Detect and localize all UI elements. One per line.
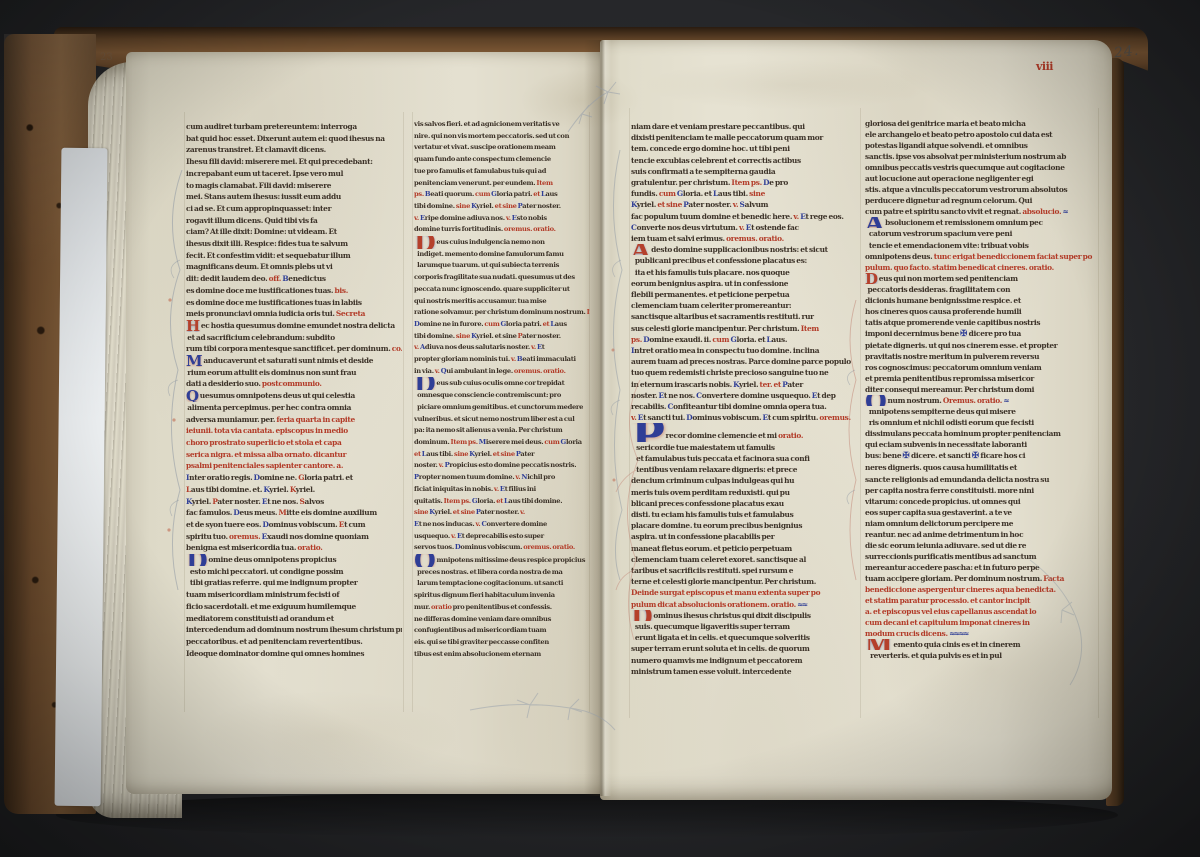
body-text: hos cineres quos causa proferende humili — [865, 307, 1021, 316]
rubric-text: ieiunii. tota via cantata. episcopus in … — [186, 426, 348, 435]
body-text: es domine doce me iustificationes tuas i… — [186, 298, 362, 307]
rubric-text: oremus. oratio. — [523, 543, 575, 551]
manuscript-text-line: qui nostris meritis accusamur. tua mise — [414, 296, 590, 308]
manuscript-text-line: tuam accipere gloriam. Per dominum nostr… — [865, 573, 1097, 584]
body-text: penitenciam venerunt. per eundem. — [414, 179, 536, 187]
ruling-line — [860, 108, 861, 718]
rubric-text: sine — [456, 202, 471, 210]
body-text: Ihesu fili david: miserere mei. Et qui p… — [186, 157, 373, 166]
body-text: nire. qui non vis mortem peccatoris. sed… — [414, 132, 569, 140]
body-text: e pro — [769, 178, 788, 187]
manuscript-text-line: Memento quia cinis es et in cinerem — [865, 639, 1097, 650]
rubric-text: pulum dicat absolucionis orationem. orat… — [631, 600, 797, 609]
manuscript-text-line: potestas ligandi atque solvendi. et omni… — [865, 140, 1097, 151]
manuscript-text-line: ci ad se. Et cum appropinquasset: inter — [186, 203, 402, 215]
body-text: servos tuos. — [414, 543, 455, 551]
manuscript-text-line: mei. Stans autem ihesus: iussit eum addu — [186, 191, 402, 203]
manuscript-text-line: numero quamvis me indignum et peccatorem — [631, 655, 859, 666]
body-text: perducere dignetur ad regnum celorum. Qu… — [865, 196, 1032, 205]
manuscript-text-line: blicani preces confessione placatus exau — [631, 498, 859, 509]
manuscript-text-line: et famulabus tuis peccata et facinora su… — [631, 453, 859, 464]
body-text: ripe domine adiuva nos. — [425, 214, 506, 222]
manuscript-text-line: v. Adiuva nos deus salutaris noster. v. … — [414, 342, 590, 354]
body-text: t cum — [344, 520, 365, 529]
manuscript-text-line: Deus qui non mortem sed penitenciam — [865, 273, 1097, 284]
manuscript-text-line: surreccionis purificatis mentibus ad san… — [865, 551, 1097, 562]
rubric-text: Item — [536, 179, 552, 187]
rubric-text: oremus. oratio. — [514, 367, 566, 375]
body-text: vis salvos fieri. et ad agnicionem verit… — [414, 120, 559, 128]
manuscript-text-line: vertatur et vivat. suscipe orationem mea… — [414, 142, 590, 154]
rubric-text: a. et episcopus vel eius capellanus asce… — [865, 607, 1036, 616]
body-text: ficiat iniquitas in nobis. — [414, 485, 494, 493]
body-text: vulneribus. et sicut nemo nostrum liber … — [414, 415, 574, 423]
manuscript-text-line: fundis. cum Gloria. et Laus tibi. sine — [631, 188, 859, 199]
manuscript-text-line: qui eciam subvenis in necessitate labora… — [865, 439, 1097, 450]
rubric-text: sine — [454, 450, 469, 458]
manuscript-text-line: sanctisque altaribus et sacramentis rest… — [631, 311, 859, 322]
manuscript-text-line: quam fundo ante conspectum clemencie — [414, 154, 590, 166]
manuscript-text-line: sancte religionis ad emundanda delicta n… — [865, 474, 1097, 485]
manuscript-text-line: esto michi peccatori. ut condigne possim — [186, 566, 402, 578]
manuscript-text-line: Absolucionem et remissionem omnium pec — [865, 217, 1097, 228]
manuscript-text-line: peccatoris desideras. fragilitatem con — [865, 284, 1097, 295]
body-text: et famulabus tuis peccata et facinora su… — [631, 454, 810, 463]
body-text: loria. et — [736, 335, 766, 344]
illuminated-initial: P — [631, 423, 665, 441]
body-text: ater noster. — [688, 200, 732, 209]
body-text: xaudi nos domine quoniam — [267, 532, 369, 541]
manuscript-text-line: sericordie tue maiestatem ut famulis — [631, 442, 859, 453]
body-text: ater noster. — [522, 202, 561, 210]
manuscript-text-line: spiritu tuo. oremus. Exaudi nos domine q… — [186, 531, 402, 543]
rubric-text: oremus. oratio. — [504, 225, 556, 233]
body-text: pa: ita nemo sit alienus a venia. Per ch… — [414, 426, 562, 434]
body-text: maneat fletus eorum. et peticio perpetua… — [631, 544, 792, 553]
body-text: ntret oratio mea in conspectu tuo domine… — [634, 346, 819, 355]
body-text: indiget. memento domine famulorum famu — [414, 250, 564, 258]
body-text: noster. — [631, 391, 659, 400]
manuscript-text-line: modum crucis dicens. ≈≈≈≈ — [865, 628, 1097, 639]
body-text: ministrum tamen esse voluit. intercedent… — [631, 667, 791, 676]
body-text: magnificans deum. Et omnis plebs ut vi — [186, 262, 332, 271]
body-text: larumque tuarum. ut qui subiecta terreni… — [414, 261, 559, 269]
body-text: sanctisque altaribus et sacramentis rest… — [631, 312, 814, 321]
manuscript-text-line: ne differas domine veniam dare omnibus — [414, 614, 590, 626]
manuscript-text-line: ps. Beati quorum. cum Gloria patri. et L… — [414, 189, 590, 201]
manuscript-text-line: penitenciam venerunt. per eundem. Item — [414, 178, 590, 190]
manuscript-text-line: et statim paratur processio. et cantor i… — [865, 595, 1097, 606]
manuscript-text-line: cum audiret turbam pretereuntem: interro… — [186, 121, 402, 133]
rubric-text: co. — [392, 344, 402, 353]
body-text: zarenus transiret. Et clamavit dicens. — [186, 145, 326, 154]
body-text: spiritu tuo. — [186, 532, 229, 541]
manuscript-text-line: niam dare et veniam prestare peccantibus… — [631, 121, 859, 132]
illuminated-initial: O — [414, 554, 435, 567]
manuscript-text-line: quitatis. Item ps. Gloria. et Laus tibi … — [414, 496, 590, 508]
rubric-text: et — [414, 450, 422, 458]
rubric-text: sine — [456, 332, 471, 340]
rubric-text: et sine — [657, 200, 683, 209]
body-text: ichil pro — [527, 473, 555, 481]
body-text: t rege eos. — [806, 212, 844, 221]
manuscript-text-line: rogavit illum dicens. Quid tibi vis fa — [186, 215, 402, 227]
illuminated-initial: D — [186, 554, 207, 566]
manuscript-text-line: tatis atque promerende venie capitibus n… — [865, 317, 1097, 328]
body-text: aus — [545, 190, 557, 198]
rubric-text: cum — [712, 335, 730, 344]
body-text: in eternum irascaris nobis. — [631, 380, 733, 389]
manuscript-text-line: meris tuis ovem perditam reduxisti. qui … — [631, 487, 859, 498]
manuscript-text-line: Inter oratio regis. Domine ne. Gloria pa… — [186, 472, 402, 484]
body-text: eati immaculati — [522, 355, 576, 363]
manuscript-text-line: Ideoque dominator domine qui omnes homin… — [186, 648, 402, 660]
manuscript-text-line: bat quid hoc esset. Dixerunt autem ei: q… — [186, 133, 402, 145]
manuscript-text-line: domine turris fortitudinis. oremus. orat… — [414, 224, 590, 236]
body-text: loria patri. — [497, 190, 534, 198]
body-text: yriel. — [474, 450, 492, 458]
body-text: aus tibi domine. et. — [191, 485, 264, 494]
rubric-text: Secreta — [336, 309, 365, 318]
body-text: ater noster. — [522, 332, 561, 340]
manuscript-text-line: pulum. quo facto. statim benedicat ciner… — [865, 262, 1097, 273]
illuminated-initial: O — [865, 395, 886, 406]
rubric-text: et — [496, 497, 504, 505]
line-filler: ≈≈ — [797, 600, 806, 609]
body-text: spiritus dignum fieri habitaculum inveni… — [414, 591, 555, 599]
manuscript-text-line: dixisti penitenciam te malle peccatorum … — [631, 132, 859, 143]
manuscript-text-line: ratione solvamur. per christum dominum n… — [414, 307, 590, 319]
rubric-text: et sine — [495, 202, 518, 210]
manuscript-text-line: Kyriel. Pater noster. Et ne nos. Salvos — [186, 496, 402, 508]
benediction-cross: ✠ — [903, 451, 911, 461]
body-text: gratulentur. per christum. — [631, 178, 731, 187]
body-text: eus cuius indulgencia nemo non — [436, 238, 544, 246]
manuscript-text-line: clemenciam tuam celeret exoret. sanctisq… — [631, 554, 859, 565]
manuscript-text-line: peccata nunc ignoscendo. quare supplicit… — [414, 284, 590, 296]
manuscript-text-line: magnificans deum. Et omnis plebs ut vi — [186, 261, 402, 273]
body-text: aus tibi. — [718, 189, 749, 198]
body-text: terne et celesti glorie mancipentur. Per… — [631, 577, 816, 586]
manuscript-text-line: iem tuam et salvi erimus. oremus. oratio… — [631, 233, 859, 244]
manuscript-text-line: catorum vestrorum spacium vere peni — [865, 228, 1097, 239]
body-text: ratione solvamur. per christum dominum n… — [414, 308, 587, 316]
manuscript-text-line: preces nostras. et libera corda nostra d… — [414, 567, 590, 579]
body-text: increpabant eum ut taceret. Ipse vero mu… — [186, 169, 343, 178]
rubric-text: oratio. — [778, 431, 803, 440]
rubric-text: psalmi penitenciales sapienter cantore. … — [186, 461, 343, 470]
body-text: numero quamvis me indignum et peccatorem — [631, 656, 802, 665]
body-text: suis. quecumque ligaveritis super terram — [631, 622, 790, 631]
body-text: eos super capita sua gestaverint. a te v… — [865, 508, 1012, 517]
body-text: tentibus veniam relaxare digneris: et pr… — [631, 465, 797, 474]
body-text: ros cognoscimus: peccatorum omnium venia… — [865, 363, 1041, 372]
rubric-text: serica nigra. et missa alba ornato. dica… — [186, 450, 346, 459]
body-text: peccatoribus. et ad penitenciam reverten… — [186, 637, 362, 646]
body-text: aus tibi. — [426, 450, 454, 458]
body-text: ater noster. — [217, 497, 261, 506]
body-text: peccatoris desideras. fragilitatem con — [865, 285, 1010, 294]
manuscript-text-line: imponi decernimus bene ✠ dicere pro tua — [865, 328, 1097, 340]
manuscript-text-line: Deus cuius indulgencia nemo non — [414, 236, 590, 249]
manuscript-text-line: eis. qui se tibi graviter peccasse confi… — [414, 637, 590, 649]
manuscript-text-line: larumque tuarum. ut qui subiecta terreni… — [414, 260, 590, 272]
manuscript-text-line: reantur. nec ad anime detrimentum in hoc — [865, 529, 1097, 540]
body-text: sanctis. ipse vos absolvat per ministeri… — [865, 152, 1066, 161]
body-text: yriel. — [739, 380, 760, 389]
body-text: loria patri. et — [304, 473, 353, 482]
body-text: yriel. — [269, 485, 290, 494]
body-text: tibi gratias referre. qui me indignum pr… — [186, 578, 357, 587]
manuscript-text-line: die sic eorum ieiunia adiuvare. sed ut d… — [865, 540, 1097, 551]
manuscript-text-line: disti. tu eciam his famulis tuis et famu… — [631, 509, 859, 520]
body-text: eati quorum. — [430, 190, 475, 198]
body-text: t dep — [817, 391, 836, 400]
rubric-text: oremus. — [819, 413, 850, 422]
manuscript-text-line: placare domine. tu eorum precibus benign… — [631, 520, 859, 531]
manuscript-text-line: Et ne nos inducas. v. Convertere domine — [414, 519, 590, 531]
benediction-cross: ✠ — [960, 329, 968, 339]
manuscript-text-line: flebili permanentes. et peticione perpet… — [631, 289, 859, 300]
illuminated-initial: D — [414, 377, 435, 390]
manuscript-text-line: ihesus dixit illi. Respice: fides tua te… — [186, 238, 402, 250]
manuscript-text-line: v. Eripe domine adiuva nos. v. Esto nobi… — [414, 213, 590, 225]
bookmark-slip — [55, 148, 108, 806]
manuscript-text-line: aurem tuam ad preces nostras. Parce domi… — [631, 356, 859, 367]
manuscript-text-line: mur. oratio pro penitentibus et confessi… — [414, 602, 590, 614]
ruling-line — [403, 112, 404, 712]
body-text: tem. concede ergo domine hoc. ut tibi pe… — [631, 144, 790, 153]
ruling-line — [1098, 108, 1099, 718]
rubric-text: oremus. oratio. — [726, 234, 784, 243]
manuscript-text-line: noster. Et ne nos. Convertere domine usq… — [631, 390, 859, 401]
body-text: mediatorem constituisti ad orandum et — [186, 614, 334, 623]
manuscript-text-line: increpabant eum ut taceret. Ipse vero mu… — [186, 168, 402, 180]
body-text: ci ad se. Et cum appropinquasset: inter — [186, 204, 331, 213]
rubric-text: postcommunio. — [262, 379, 322, 388]
body-text: cum patre et spiritu sancto vivit et reg… — [865, 207, 1022, 216]
manuscript-text-line: sus celesti glorie mancipentur. Per chri… — [631, 323, 859, 334]
body-text: ihesus dixit illi. Respice: fides tua te… — [186, 239, 348, 248]
manuscript-text-line: sine Kyriel. et sine Pater noster. v. — [414, 507, 590, 519]
manuscript-text-line: Ihesu fili david: miserere mei. Et qui p… — [186, 156, 402, 168]
body-text: yriel. — [476, 202, 494, 210]
body-text: ater — [787, 380, 803, 389]
manuscript-text-line: aut locucione aut operacione negligenter… — [865, 173, 1097, 184]
body-text: cum audiret turbam pretereuntem: interro… — [186, 122, 357, 131]
manuscript-text-line: pa: ita nemo sit alienus a venia. Per ch… — [414, 425, 590, 437]
body-text: anducaverunt et saturati sunt nimis et d… — [203, 356, 373, 365]
body-text: disti. tu eciam his famulis tuis et famu… — [631, 510, 793, 519]
body-text: ita et his famulis tuis placare. nos quo… — [631, 268, 790, 277]
body-text: eus qui non mortem sed penitenciam — [879, 274, 1018, 283]
rubric-text: Item ps. — [587, 308, 590, 316]
body-text: stis. atque a vinculis peccatorum vestro… — [865, 185, 1067, 194]
body-text: t ostende fac — [751, 223, 799, 232]
manuscript-text-line: Precor domine clemencie et mi oratio. — [631, 423, 859, 441]
body-text: nter oratio regis. — [189, 473, 253, 482]
body-text: placare domine. tu eorum precibus benign… — [631, 521, 802, 530]
manuscript-text-line: et Laus tibi. sine Kyriel. et sine Pater — [414, 449, 590, 461]
manuscript-photo: cum audiret turbam pretereuntem: interro… — [0, 0, 1200, 857]
body-text: diuva nos deus salutaris noster. — [425, 343, 531, 351]
manuscript-text-line: mnipotens sempiterne deus qui misere — [865, 406, 1097, 417]
rubric-text: Item ps. — [451, 438, 479, 446]
manuscript-text-line: cum decani et capitulum imponat cineres … — [865, 617, 1097, 628]
manuscript-text-line: v. Et sancti tui. Dominus vobiscum. Et c… — [631, 412, 859, 423]
rubric-text: v. — [520, 508, 525, 516]
left-page-column-1: cum audiret turbam pretereuntem: interro… — [186, 121, 402, 659]
rubric-text: benediccione aspergentur cineres aqua be… — [865, 585, 1056, 594]
manuscript-text-line: dencium criminum culpas indulgeas qui hu — [631, 475, 859, 486]
manuscript-text-line: stis. atque a vinculis peccatorum vestro… — [865, 184, 1097, 195]
manuscript-text-line: tentibus veniam relaxare digneris: et pr… — [631, 464, 859, 475]
manuscript-text-line: niam omnium delictorum percipere me — [865, 518, 1097, 529]
body-text: qui nostris meritis accusamur. tua mise — [414, 297, 546, 305]
manuscript-text-line: pulum dicat absolucionis orationem. orat… — [631, 599, 859, 610]
manuscript-text-line: erunt ligata et in celis. et quecumque s… — [631, 632, 859, 643]
body-text: aspira. ut in confessione placabilis per — [631, 532, 774, 541]
body-text: blicani preces confessione placatus exau — [631, 499, 784, 508]
body-text: preces nostras. et libera corda nostra d… — [414, 568, 563, 576]
body-text: bat quid hoc esset. Dixerunt autem ei: q… — [186, 134, 385, 143]
manuscript-text-line: choro prostrato superlicio et stola et c… — [186, 437, 402, 449]
rubric-text: Item ps. — [444, 497, 472, 505]
body-text: dixisti penitenciam te malle peccatorum … — [631, 133, 823, 142]
body-text: imponi decernimus bene — [865, 329, 960, 338]
manuscript-text-line: super terram erunt soluta et in celis. d… — [631, 643, 859, 654]
manuscript-text-line: ris omnium et nichil odisti eorum que fe… — [865, 417, 1097, 428]
body-text: pietate digneris. ut qui nos cinerem ess… — [865, 341, 1057, 350]
body-text: clemenciam tuam celeret exoret. sanctisq… — [631, 555, 806, 564]
rubric-text: off. — [269, 274, 283, 283]
manuscript-text-line: mediatorem constituisti ad orandum et — [186, 613, 402, 625]
rubric-text: Facta — [1043, 574, 1064, 583]
manuscript-text-line: hos cineres quos causa proferende humili — [865, 306, 1097, 317]
line-filler: ≈ — [1003, 396, 1008, 405]
body-text: ris omnium et nichil odisti eorum que fe… — [865, 418, 1034, 427]
body-text: fecit. Et confestim vidit: et sequebatur… — [186, 251, 350, 260]
manuscript-text-line: Propter nomen tuum domine. v. Nichil pro — [414, 472, 590, 484]
body-text: usquequo. — [414, 532, 451, 540]
body-text: tatis atque promerende venie capitibus n… — [865, 318, 1040, 327]
manuscript-text-line: rum tibi corpora mentesque sanctificet. … — [186, 343, 402, 355]
body-text: corporis fragilitate sua nudati. quesumu… — [414, 273, 575, 281]
manuscript-text-line: ficiat iniquitas in nobis. v. Et filius … — [414, 484, 590, 496]
rubric-text: v. — [733, 200, 740, 209]
body-text: mnipotens mitissime deus respice propici… — [436, 556, 585, 564]
body-text: t — [542, 343, 545, 351]
manuscript-text-line: to magis clamabat. Fili david: miserere — [186, 180, 402, 192]
rubric-text: cum — [659, 189, 677, 198]
manuscript-text-line: eos super capita sua gestaverint. a te v… — [865, 507, 1097, 518]
body-text: per capita nostra ferre constituisti. mo… — [865, 486, 1034, 495]
body-text: super terram erunt soluta et in celis. d… — [631, 644, 810, 653]
manuscript-text-line: noster. v. Propicius esto domine peccati… — [414, 460, 590, 472]
body-text: esto michi peccatori. ut condigne possim — [186, 567, 343, 576]
body-text: bsolucionem et remissionem omnium pec — [885, 218, 1043, 227]
manuscript-text-line: dominum. Item ps. Miserere mei deus. cum… — [414, 437, 590, 449]
manuscript-text-line: reverteris. et quia pulvis es et in pul — [865, 650, 1097, 661]
manuscript-text-line: ita et his famulis tuis placare. nos quo… — [631, 267, 859, 278]
body-text: diter consequi mereamur. Per christum do… — [865, 385, 1034, 394]
manuscript-text-line: ps. Domine exaudi. ii. cum Gloria. et La… — [631, 334, 859, 345]
body-text: quam fundo ante conspectum clemencie — [414, 155, 551, 163]
body-text: ele archangelo et beato petro apostolo c… — [865, 130, 1052, 139]
manuscript-text-line: nire. qui non vis mortem peccatoris. sed… — [414, 131, 590, 143]
body-text: ominus vobiscum. — [460, 543, 523, 551]
illuminated-initial: M — [865, 639, 892, 650]
manuscript-text-line: tibi domine. sine Kyriel. et sine Pater … — [414, 331, 590, 343]
body-text: alimenta percepimus. per hec contra omni… — [186, 403, 351, 412]
manuscript-text-line: omnibus peccatis vestris quecumque aut c… — [865, 162, 1097, 173]
body-text: larum temptacione cogitacionum. ut sanct… — [414, 579, 563, 587]
body-text: eus meus. — [239, 508, 278, 517]
manuscript-text-line: Manducaverunt et saturati sunt nimis et … — [186, 355, 402, 367]
body-text: t cum spiritu. — [768, 413, 820, 422]
manuscript-text-line: fecit. Et confestim vidit: et sequebatur… — [186, 250, 402, 262]
body-text: ciam? At ille dixit: Domine: ut videam. … — [186, 227, 337, 236]
body-text: ater — [520, 450, 534, 458]
manuscript-text-line: et de syon tuere eos. Dominus vobiscum. … — [186, 519, 402, 531]
manuscript-text-line: Domine ne in furore. cum Gloria patri. e… — [414, 319, 590, 331]
manuscript-text-line: gratulentur. per christum. Item ps. De p… — [631, 177, 859, 188]
body-text: ficare hos ci — [980, 451, 1025, 460]
rubric-text: Item — [801, 324, 819, 333]
manuscript-text-line: tue pro famulis et famulabus tuis qui ad — [414, 166, 590, 178]
manuscript-text-line: indiget. memento domine famulorum famu — [414, 249, 590, 261]
body-text: uesumus omnipotens deus ut qui celestia — [200, 391, 355, 400]
manuscript-text-line: dit: dedit laudem deo. off. Benedictus — [186, 273, 402, 285]
manuscript-text-line: serica nigra. et missa alba ornato. dica… — [186, 449, 402, 461]
body-text: rum tibi corpora mentesque sanctificet. … — [186, 344, 392, 353]
manuscript-text-line: dicionis humane benignissime respice. et — [865, 295, 1097, 306]
body-text: sto nobis — [517, 214, 547, 222]
manuscript-text-line: in eternum irascaris nobis. Kyriel. ter.… — [631, 379, 859, 390]
body-text: et premia penitentibus repromissa miseri… — [865, 374, 1034, 383]
body-text: pravitatis nostre meritum in pulverem re… — [865, 352, 1039, 361]
rubric-text: sine — [749, 189, 765, 198]
manuscript-text-line: in via. v. Qui ambulant in lege. oremus.… — [414, 366, 590, 378]
body-text: suis confirmati a te sempiterna gaudia — [631, 167, 775, 176]
body-text: tue pro famulis et famulabus tuis qui ad — [414, 167, 546, 175]
body-text: adversa muniamur. per. — [186, 415, 276, 424]
body-text: fac populum tuum domine et benedic here. — [631, 212, 793, 221]
versal-letter: M — [479, 438, 486, 446]
body-text: onvertere domine — [486, 520, 547, 528]
rubric-text: ps. — [631, 335, 643, 344]
body-text: ominus vobiscum. — [269, 520, 339, 529]
body-text: recabilis. — [631, 402, 667, 411]
body-text: t sancti tui. — [643, 413, 686, 422]
body-text: iserere mei deus. — [486, 438, 544, 446]
right-page-column-2: gloriosa dei genitrice maria et beato mi… — [865, 118, 1097, 661]
manuscript-text-line: terne et celesti glorie mancipentur. Per… — [631, 576, 859, 587]
body-text: omine exaudi. ii. — [649, 335, 712, 344]
body-text: dati a desiderio suo. — [186, 379, 262, 388]
manuscript-text-line: Hec hostia quesumus domine emundet nostr… — [186, 320, 402, 332]
body-text: ominus vobiscum. — [692, 413, 762, 422]
body-text: t ne nos inducas. — [419, 520, 476, 528]
manuscript-text-line: benediccione aspergentur cineres aqua be… — [865, 584, 1097, 595]
body-text: yriel. — [434, 508, 452, 516]
manuscript-text-line: tibi gratias referre. qui me indignum pr… — [186, 577, 402, 589]
body-text: bus: bene — [865, 451, 903, 460]
body-text: aut locucione aut operacione negligenter… — [865, 174, 1033, 183]
manuscript-text-line: pietate digneris. ut qui nos cinerem ess… — [865, 340, 1097, 351]
rubric-text: et — [533, 190, 541, 198]
body-text: et de syon tuere eos. — [186, 520, 262, 529]
